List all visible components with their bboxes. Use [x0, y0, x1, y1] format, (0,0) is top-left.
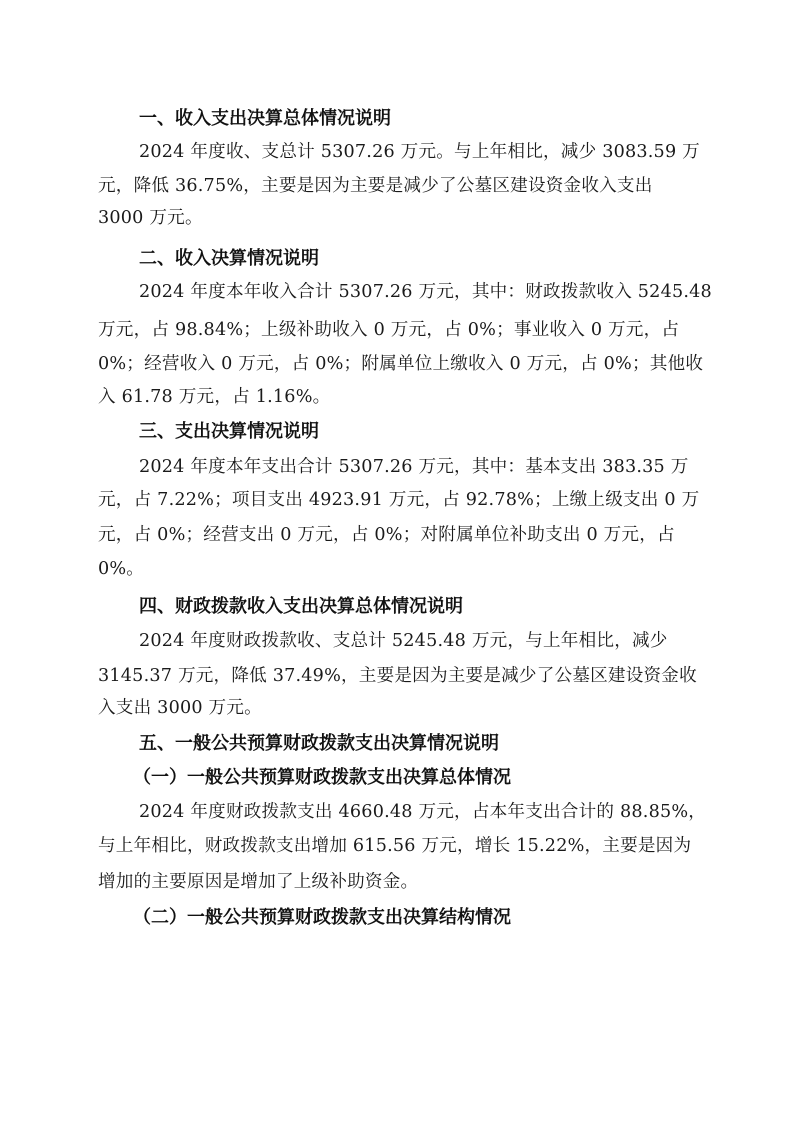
section-heading-4: 四、财政拨款收入支出决算总体情况说明 — [139, 595, 463, 619]
section-heading-5: 五、一般公共预算财政拨款支出决算情况说明 — [139, 732, 499, 756]
paragraph-line: 入 61.78 万元，占 1.16%。 — [98, 385, 698, 409]
paragraph-line: 2024 年度财政拨款支出 4660.48 万元，占本年支出合计的 88.85%… — [139, 800, 739, 824]
paragraph-line: 2024 年度本年收入合计 5307.26 万元，其中：财政拨款收入 5245.… — [139, 280, 739, 304]
paragraph-line: 元，占 7.22%；项目支出 4923.91 万元，占 92.78%；上缴上级支… — [98, 488, 698, 512]
paragraph-line: 3145.37 万元，降低 37.49%，主要是因为主要是减少了公墓区建设资金收 — [98, 664, 698, 688]
section-heading-3: 三、支出决算情况说明 — [139, 420, 319, 444]
paragraph-line: 元，降低 36.75%，主要是因为主要是减少了公墓区建设资金收入支出 — [98, 174, 698, 198]
paragraph-line: 0%。 — [98, 557, 698, 581]
paragraph-line: 2024 年度财政拨款收、支总计 5245.48 万元，与上年相比，减少 — [139, 629, 739, 653]
subsection-heading-1: （一）一般公共预算财政拨款支出决算总体情况 — [133, 766, 511, 790]
paragraph-line: 2024 年度本年支出合计 5307.26 万元，其中：基本支出 383.35 … — [139, 455, 739, 479]
document-page: 一、收入支出决算总体情况说明 2024 年度收、支总计 5307.26 万元。与… — [0, 0, 793, 1122]
section-heading-2: 二、收入决算情况说明 — [139, 247, 319, 271]
paragraph-line: 入支出 3000 万元。 — [98, 696, 698, 720]
paragraph-line: 增加的主要原因是增加了上级补助资金。 — [98, 870, 698, 894]
paragraph-line: 3000 万元。 — [98, 206, 698, 230]
paragraph-line: 万元，占 98.84%；上级补助收入 0 万元，占 0%；事业收入 0 万元，占 — [98, 318, 698, 342]
paragraph-line: 与上年相比，财政拨款支出增加 615.56 万元，增长 15.22%，主要是因为 — [98, 834, 698, 858]
paragraph-line: 0%；经营收入 0 万元，占 0%；附属单位上缴收入 0 万元，占 0%；其他收 — [98, 352, 698, 376]
paragraph-line: 2024 年度收、支总计 5307.26 万元。与上年相比，减少 3083.59… — [139, 140, 739, 164]
subsection-heading-2: （二）一般公共预算财政拨款支出决算结构情况 — [133, 906, 511, 930]
paragraph-line: 元，占 0%；经营支出 0 万元，占 0%；对附属单位补助支出 0 万元，占 — [98, 523, 698, 547]
section-heading-1: 一、收入支出决算总体情况说明 — [139, 107, 391, 131]
